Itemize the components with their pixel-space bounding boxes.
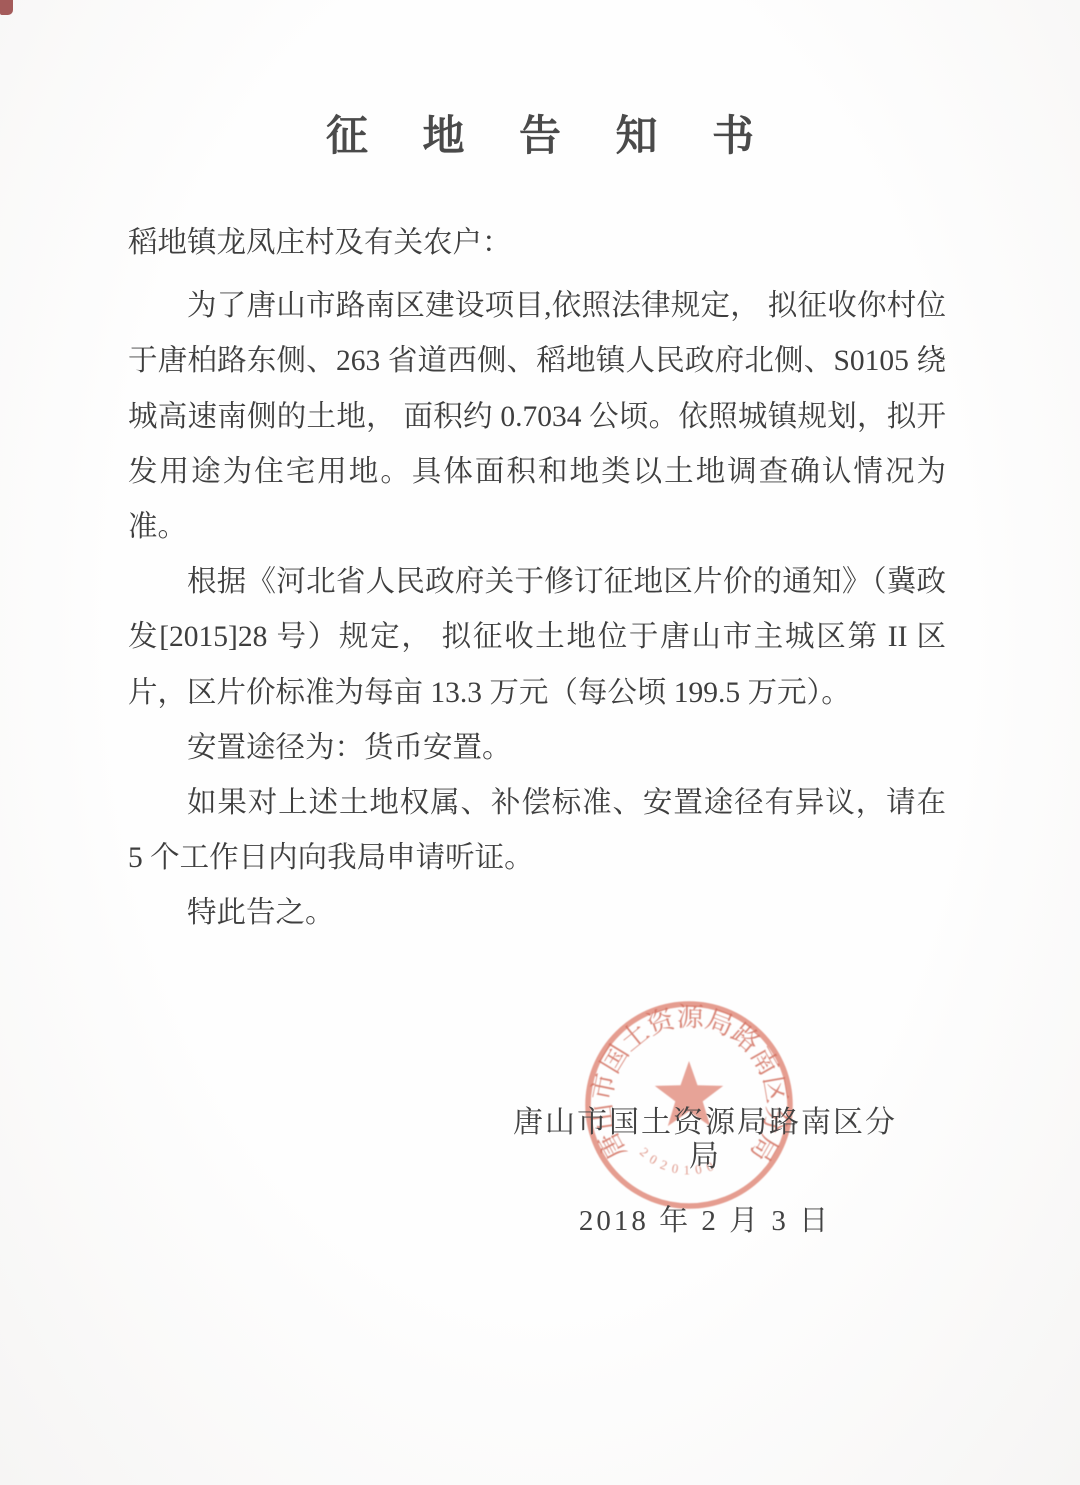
paragraph: 如果对上述土地权属、补偿标准、安置途径有异议，请在 5 个工作日内向我局申请听证… [128, 776, 946, 886]
document-body: 稻地镇龙凤庄村及有关农户： 为了唐山市路南区建设项目,依照法律规定， 拟征收你村… [128, 216, 946, 942]
issuing-authority: 唐山市国土资源局路南区分局 [505, 1106, 905, 1174]
scan-corner-artifact [0, 0, 13, 15]
document-title: 征 地 告 知 书 [0, 103, 1080, 163]
scanned-notice-page: 征 地 告 知 书 稻地镇龙凤庄村及有关农户： 为了唐山市路南区建设项目,依照法… [0, 0, 1080, 1485]
paragraph: 安置途径为：货币安置。 [128, 721, 946, 776]
paragraph: 根据《河北省人民政府关于修订征地区片价的通知》（冀政发[2015]28 号）规定… [128, 555, 946, 721]
paragraph: 特此告之。 [128, 886, 946, 941]
salutation: 稻地镇龙凤庄村及有关农户： [128, 216, 946, 271]
document-date: 2018 年 2 月 3 日 [505, 1198, 905, 1239]
paragraph: 为了唐山市路南区建设项目,依照法律规定， 拟征收你村位于唐柏路东侧、263 省道… [128, 279, 946, 555]
paragraphs: 为了唐山市路南区建设项目,依照法律规定， 拟征收你村位于唐柏路东侧、263 省道… [128, 279, 946, 941]
signature-block: 唐山市国土资源局路南区分局 2018 年 2 月 3 日 [505, 1106, 905, 1239]
